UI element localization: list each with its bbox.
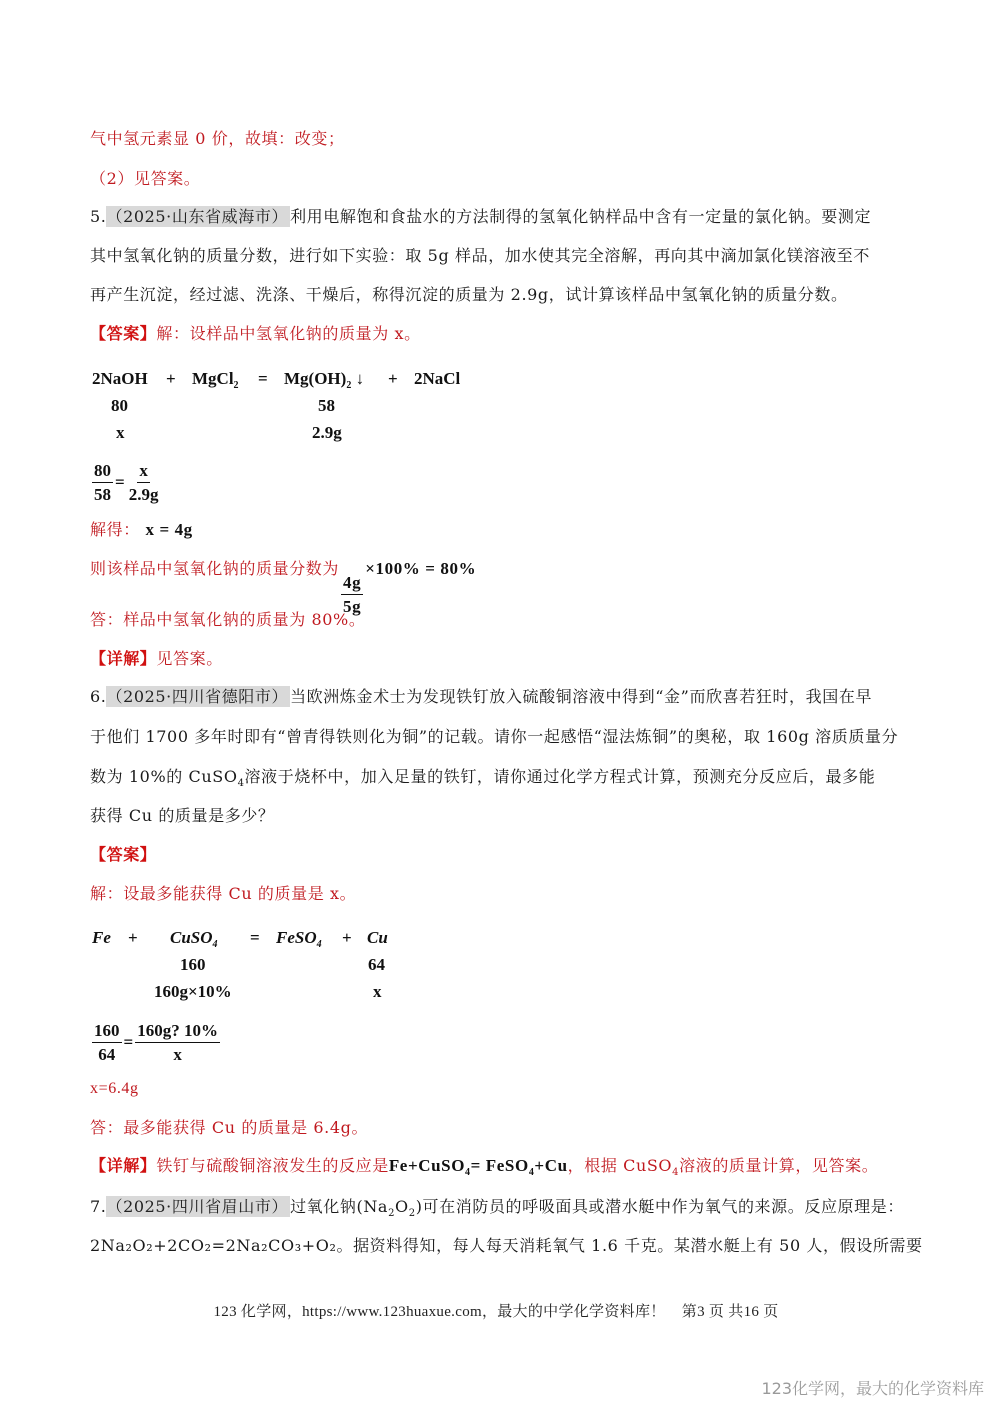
answer-intro-text: 解：设样品中氢氧化钠的质量为 x。	[156, 324, 420, 343]
q5-detail: 【详解】见答案。	[90, 648, 223, 670]
q7-line2: 2Na₂O₂+2CO₂=2Na₂CO₃+O₂。据资料得知，每人每天消耗氧气 1.…	[90, 1235, 923, 1257]
q5-line1: 5.（2025·山东省威海市）利用电解饱和食盐水的方法制得的氢氧化钠样品中含有一…	[90, 206, 871, 228]
q5-eq-mass2: 58	[318, 396, 335, 416]
q5-text-1: 利用电解饱和食盐水的方法制得的氢氧化钠样品中含有一定量的氯化钠。要测定	[290, 207, 871, 226]
q5-solve-value: x = 4g	[146, 520, 193, 539]
q6-answer-tag: 【答案】	[90, 844, 156, 866]
q5-eq-product1: Mg(OH)2 ↓	[284, 369, 364, 389]
q5-final-answer: 答：样品中氢氧化钠的质量为 80%。	[90, 609, 365, 631]
q7-line1: 7.（2025·四川省眉山市）过氧化钠(Na2O2)可在消防员的呼吸面具或潜水艇…	[90, 1196, 904, 1218]
q6-line1: 6.（2025·四川省德阳市）当欧洲炼金术士为发现铁钉放入硫酸铜溶液中得到“金”…	[90, 686, 872, 708]
page-number: 第3 页 共16 页	[682, 1304, 779, 1320]
prev-answer-line: 气中氢元素显 0 价，故填：改变；	[90, 128, 345, 150]
q6-eq-equals: =	[250, 928, 260, 948]
footer-text: 123 化学网，https://www.123huaxue.com，最大的中学化…	[213, 1304, 665, 1320]
q5-eq-reactant1: 2NaOH	[92, 369, 148, 389]
q5-eq-mass1: 80	[111, 396, 128, 416]
q6-line3: 数为 10%的 CuSO4溶液于烧杯中，加入足量的铁钉，请你通过化学方程式计算，…	[90, 766, 875, 788]
q6-eq-product2: Cu	[367, 928, 388, 948]
q7-source-tag: （2025·四川省眉山市）	[106, 1196, 290, 1217]
q5-eq-reactant2: MgCl2	[192, 369, 239, 389]
q6-eq-plus2: +	[342, 928, 352, 948]
precipitate-arrow-icon: ↓	[356, 369, 365, 388]
prev-answer-part2: （2）见答案。	[90, 168, 200, 190]
q6-eq-mass1: 160	[180, 955, 206, 975]
q6-eq-given1: 160g×10%	[154, 982, 232, 1002]
watermark: 123化学网，最大的化学资料库	[761, 1376, 984, 1399]
q6-eq-unknown2: x	[373, 982, 382, 1002]
q6-line4: 获得 Cu 的质量是多少？	[90, 805, 275, 827]
q6-line2: 于他们 1700 多年时即有“曾青得铁则化为铜”的记载。请你一起感悟“湿法炼铜”…	[90, 726, 898, 748]
q6-eq-product1: FeSO4	[276, 928, 322, 948]
q5-eq-unknown1: x	[116, 423, 125, 443]
q5-number: 5.	[90, 207, 106, 226]
q6-solve-value: x=6.4g	[90, 1078, 139, 1100]
q5-proportion: 8058=x2.9g	[90, 460, 162, 507]
q5-eq-plus2: +	[388, 369, 398, 389]
q5-eq-unknown2: 2.9g	[312, 423, 342, 443]
q6-final-answer: 答：最多能获得 Cu 的质量是 6.4g。	[90, 1117, 368, 1139]
q5-eq-product2: 2NaCl	[414, 369, 460, 389]
q6-proportion: 16064=160g? 10%x	[90, 1020, 222, 1067]
detail-tag: 【详解】	[90, 649, 156, 668]
q6-eq-mass2: 64	[368, 955, 385, 975]
q5-line3: 再产生沉淀，经过滤、洗涤、干燥后，称得沉淀的质量为 2.9g，试计算该样品中氢氧…	[90, 284, 848, 306]
q6-answer-intro: 解：设最多能获得 Cu 的质量是 x。	[90, 883, 356, 905]
q6-detail: 【详解】铁钉与硫酸铜溶液发生的反应是Fe+CuSO4= FeSO4+Cu，根据 …	[90, 1155, 878, 1177]
q5-eq-plus1: +	[166, 369, 176, 389]
answer-tag: 【答案】	[90, 324, 156, 343]
q5-answer-intro: 【答案】解：设样品中氢氧化钠的质量为 x。	[90, 323, 421, 345]
q6-eq-reactant2: CuSO4	[170, 928, 218, 948]
q5-line2: 其中氢氧化钠的质量分数，进行如下实验：取 5g 样品，加水使其完全溶解，再向其中…	[90, 245, 870, 267]
page-footer: 123 化学网，https://www.123huaxue.com，最大的中学化…	[0, 1300, 992, 1321]
q5-source-tag: （2025·山东省威海市）	[106, 206, 290, 227]
q6-eq-reactant1: Fe	[92, 928, 111, 948]
q6-eq-plus1: +	[128, 928, 138, 948]
q6-number: 6.	[90, 687, 106, 706]
q5-eq-equals: =	[258, 369, 268, 389]
q6-source-tag: （2025·四川省德阳市）	[106, 686, 290, 707]
q5-solve: 解得： x = 4g	[90, 519, 193, 541]
q7-number: 7.	[90, 1197, 106, 1216]
